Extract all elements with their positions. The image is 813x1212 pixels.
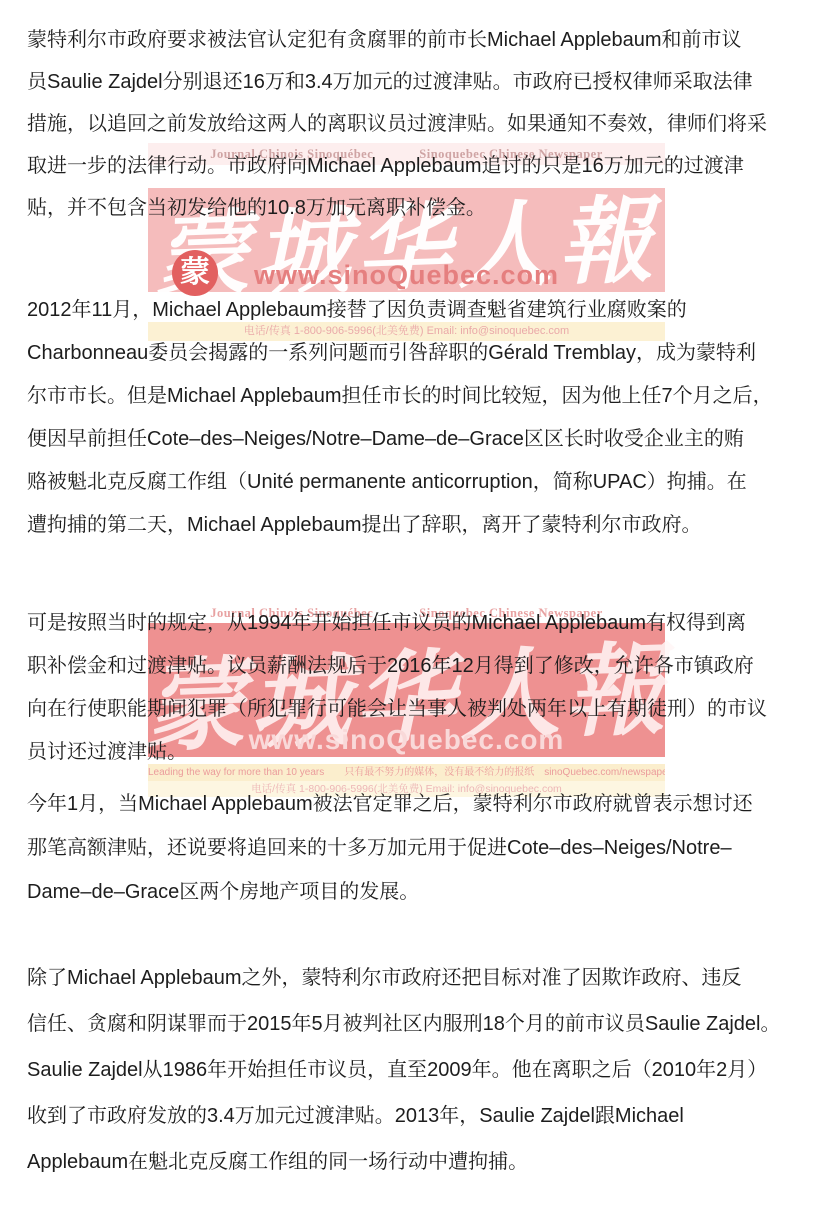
- text-line: 向在行使职能期间犯罪（所犯罪行可能会让当事人被判处两年以上有期徒刑）的市议: [27, 688, 767, 731]
- text-line: 尔市市长。但是Michael Applebaum担任市长的时间比较短，因为他上任…: [27, 375, 773, 418]
- text-line: 2012年11月，Michael Applebaum接替了因负责调查魁省建筑行业…: [27, 289, 773, 332]
- text-line: 信任、贪腐和阴谋罪而于2015年5月被判社区内服刑18个月的前市议员Saulie…: [27, 1001, 781, 1047]
- text-line: 那笔高额津贴，还说要将追回来的十多万加元用于促进Cote–des–Neiges/…: [27, 826, 753, 870]
- article-page: Journal Chinois Sinoquébec Sinoquebec Ch…: [0, 0, 813, 1212]
- text-line: 蒙特利尔市政府要求被法官认定犯有贪腐罪的前市长Michael Applebaum…: [27, 19, 767, 61]
- paragraph: 2012年11月，Michael Applebaum接替了因负责调查魁省建筑行业…: [27, 289, 773, 547]
- paragraph: 除了Michael Applebaum之外，蒙特利尔市政府还把目标对准了因欺诈政…: [27, 955, 781, 1185]
- text-line: 收到了市政府发放的3.4万加元过渡津贴。2013年，Saulie Zajdel跟…: [27, 1093, 781, 1139]
- article-content: 蒙特利尔市政府要求被法官认定犯有贪腐罪的前市长Michael Applebaum…: [0, 0, 813, 1212]
- text-line: 今年1月，当Michael Applebaum被法官定罪之后，蒙特利尔市政府就曾…: [27, 782, 753, 826]
- text-line: 赂被魁北克反腐工作组（Unité permanente anticorrupti…: [27, 461, 773, 504]
- text-line: Charbonneau委员会揭露的一系列问题而引咎辞职的Gérald Tremb…: [27, 332, 773, 375]
- text-line: 除了Michael Applebaum之外，蒙特利尔市政府还把目标对准了因欺诈政…: [27, 955, 781, 1001]
- text-line: Applebaum在魁北克反腐工作组的同一场行动中遭拘捕。: [27, 1139, 781, 1185]
- paragraph: 今年1月，当Michael Applebaum被法官定罪之后，蒙特利尔市政府就曾…: [27, 782, 753, 914]
- text-line: 员讨还过渡津贴。: [27, 731, 767, 774]
- text-line: 贴，并不包含当初发给他的10.8万加元离职补偿金。: [27, 187, 767, 229]
- text-line: Saulie Zajdel从1986年开始担任市议员，直至2009年。他在离职之…: [27, 1047, 781, 1093]
- text-line: 便因早前担任Cote–des–Neiges/Notre–Dame–de–Grac…: [27, 418, 773, 461]
- text-line: 员Saulie Zajdel分别退还16万和3.4万加元的过渡津贴。市政府已授权…: [27, 61, 767, 103]
- paragraph: 可是按照当时的规定，从1994年开始担任市议员的Michael Applebau…: [27, 602, 767, 774]
- text-line: 取进一步的法律行动。市政府向Michael Applebaum追讨的只是16万加…: [27, 145, 767, 187]
- text-line: Dame–de–Grace区两个房地产项目的发展。: [27, 870, 753, 914]
- paragraph: 蒙特利尔市政府要求被法官认定犯有贪腐罪的前市长Michael Applebaum…: [27, 19, 767, 229]
- text-line: 可是按照当时的规定，从1994年开始担任市议员的Michael Applebau…: [27, 602, 767, 645]
- text-line: 职补偿金和过渡津贴。议员薪酬法规后于2016年12月得到了修改，允许各市镇政府: [27, 645, 767, 688]
- text-line: 措施，以追回之前发放给这两人的离职议员过渡津贴。如果通知不奏效，律师们将采: [27, 103, 767, 145]
- text-line: 遭拘捕的第二天，Michael Applebaum提出了辞职，离开了蒙特利尔市政…: [27, 504, 773, 547]
